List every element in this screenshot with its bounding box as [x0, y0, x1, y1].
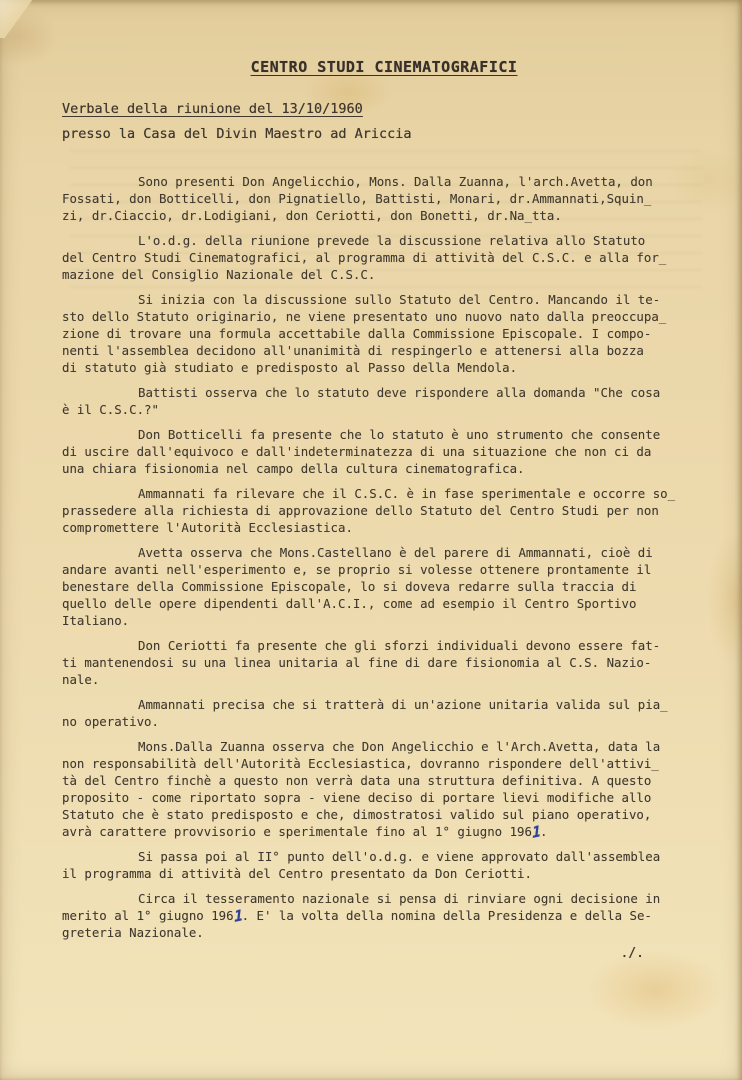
text-line: no operativo.	[62, 713, 706, 730]
text-line: proposito - come riportato sopra - viene…	[62, 789, 706, 806]
paragraph: Mons.Dalla Zuanna osserva che Don Angeli…	[62, 738, 706, 840]
text-line: Italiano.	[62, 612, 706, 629]
text-line: Battisti osserva che lo statuto deve ris…	[62, 384, 706, 401]
text-line: Statuto che è stato predisposto e che, d…	[62, 806, 706, 823]
paragraph: Sono presenti Don Angelicchio, Mons. Dal…	[62, 173, 706, 224]
text-line: L'o.d.g. della riunione prevede la discu…	[62, 232, 706, 249]
paragraph: Ammannati fa rilevare che il C.S.C. è in…	[62, 485, 706, 536]
paragraph: Circa il tesseramento nazionale si pensa…	[62, 890, 706, 941]
paragraph: Si inizia con la discussione sullo Statu…	[62, 291, 706, 376]
page-content: CENTRO STUDI CINEMATOGRAFICI Verbale del…	[0, 0, 742, 961]
text-line: di uscire dall'equivoco e dall'indetermi…	[62, 443, 706, 460]
text-line: Si inizia con la discussione sullo Statu…	[62, 291, 706, 308]
paragraph: Ammannati precisa che si tratterà di un'…	[62, 696, 706, 730]
paragraph: L'o.d.g. della riunione prevede la discu…	[62, 232, 706, 283]
text-line: Ammannati fa rilevare che il C.S.C. è in…	[62, 485, 706, 502]
text-line: Si passa poi al II° punto dell'o.d.g. e …	[62, 848, 706, 865]
paragraph: Avetta osserva che Mons.Castellano è del…	[62, 544, 706, 629]
text-line: di statuto già studiato e predisposto al…	[62, 359, 706, 376]
text-line: Circa il tesseramento nazionale si pensa…	[62, 890, 706, 907]
text-line: quello delle opere dipendenti dall'A.C.I…	[62, 595, 706, 612]
text-line: prassedere alla richiesta di approvazion…	[62, 502, 706, 519]
document-body: Sono presenti Don Angelicchio, Mons. Dal…	[62, 173, 706, 941]
paragraph: Battisti osserva che lo statuto deve ris…	[62, 384, 706, 418]
text-line: nenti l'assemblea decidono all'unanimità…	[62, 342, 706, 359]
text-line: andare avanti nell'esperimento e, se pro…	[62, 561, 706, 578]
paragraph: Si passa poi al II° punto dell'o.d.g. e …	[62, 848, 706, 882]
text-line: mazione del Consiglio Nazionale del C.S.…	[62, 266, 706, 283]
handwritten-ink-correction: 1	[234, 915, 242, 917]
text-line: una chiara fisionomia nel campo della cu…	[62, 460, 706, 477]
text-line: Avetta osserva che Mons.Castellano è del…	[62, 544, 706, 561]
text-line: benestare della Commissione Episcopale, …	[62, 578, 706, 595]
text-line: Fossati, don Botticelli, don Pignatiello…	[62, 190, 706, 207]
text-line: greteria Nazionale.	[62, 924, 706, 941]
text-line: Mons.Dalla Zuanna osserva che Don Angeli…	[62, 738, 706, 755]
text-line: non responsabilità dell'Autorità Ecclesi…	[62, 755, 706, 772]
text-line: zi, dr.Ciaccio, dr.Lodigiani, don Ceriot…	[62, 207, 706, 224]
text-line: ti mantenendosi su una linea unitaria al…	[62, 654, 706, 671]
document-title: CENTRO STUDI CINEMATOGRAFICI	[62, 58, 706, 76]
text-line: zione di trovare una formula accettabile…	[62, 325, 706, 342]
document-sheet: CENTRO STUDI CINEMATOGRAFICI Verbale del…	[0, 0, 742, 1080]
text-line: tà del Centro finchè a questo non verrà …	[62, 772, 706, 789]
text-line: nale.	[62, 671, 706, 688]
meeting-date-line: Verbale della riunione del 13/10/1960	[62, 101, 706, 117]
text-line: il programma di attività del Centro pres…	[62, 865, 706, 882]
end-of-page-mark: ./.	[62, 946, 706, 961]
text-line: Ammannati precisa che si tratterà di un'…	[62, 696, 706, 713]
text-line: Sono presenti Don Angelicchio, Mons. Dal…	[62, 173, 706, 190]
meeting-location-line: presso la Casa del Divin Maestro ad Aric…	[62, 126, 706, 142]
text-line: è il C.S.C.?"	[62, 401, 706, 418]
paragraph: Don Ceriotti fa presente che gli sforzi …	[62, 637, 706, 688]
paragraph: Don Botticelli fa presente che lo statut…	[62, 426, 706, 477]
text-line: compromettere l'Autorità Ecclesiastica.	[62, 519, 706, 536]
text-line: Don Botticelli fa presente che lo statut…	[62, 426, 706, 443]
text-line: Don Ceriotti fa presente che gli sforzi …	[62, 637, 706, 654]
text-line: del Centro Studi Cinematografici, al pro…	[62, 249, 706, 266]
text-line: sto dello Statuto originario, ne viene p…	[62, 308, 706, 325]
text-line: avrà carattere provvisorio e sperimental…	[62, 823, 706, 840]
text-line: merito al 1° giugno 1961. E' la volta de…	[62, 907, 706, 924]
handwritten-ink-correction: 1	[532, 831, 540, 833]
